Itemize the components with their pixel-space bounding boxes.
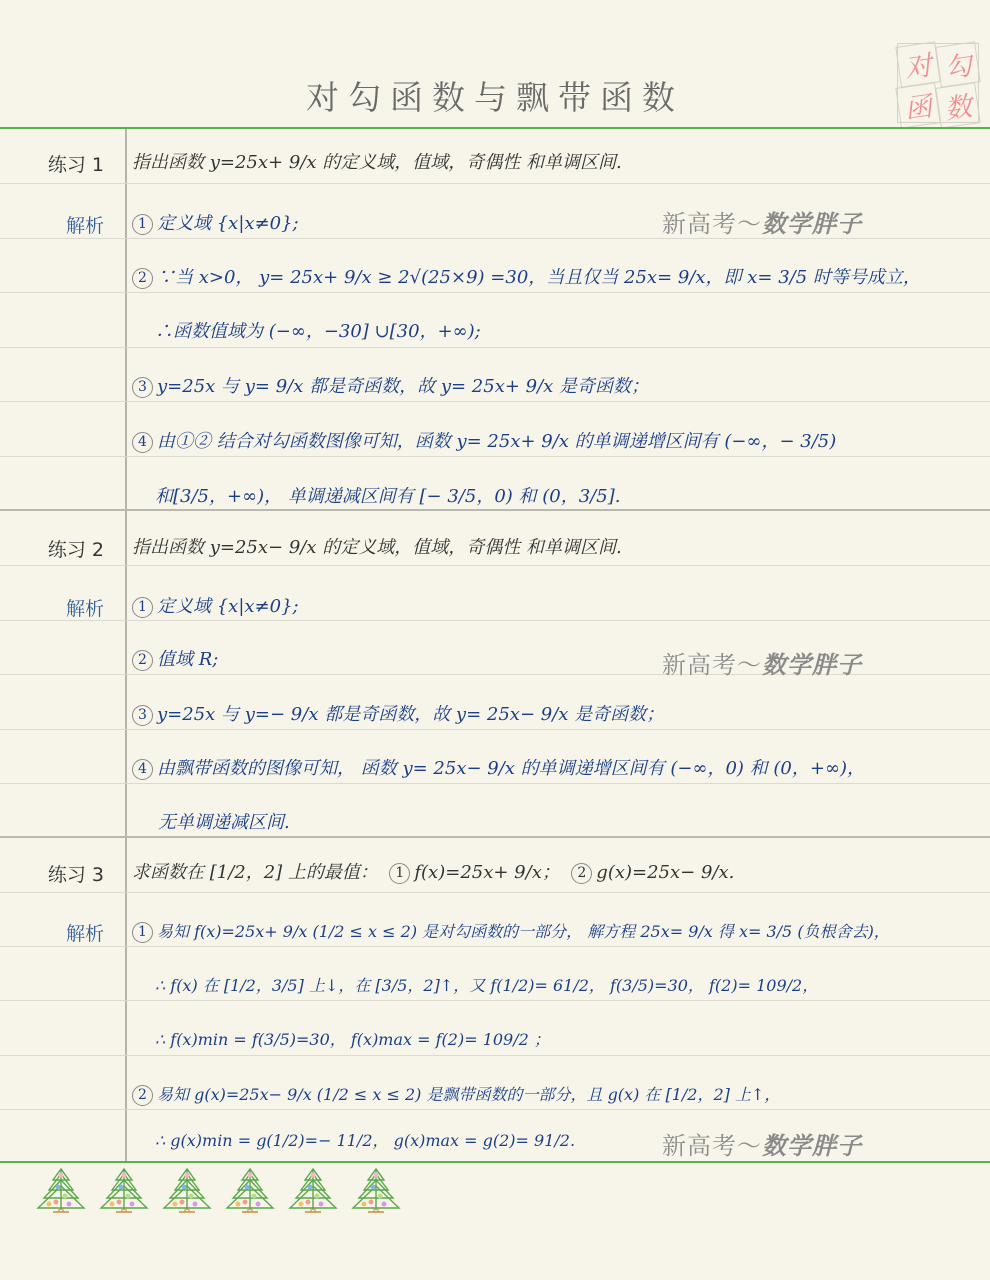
answer-row: 4由飘带函数的图像可知， 函数 y= 25x− 9/x 的单调递增区间有 (−∞…: [0, 742, 990, 796]
answer-line: 无单调递减区间.: [158, 796, 980, 850]
step-number-circle: 3: [132, 377, 153, 398]
exercise-label: 练习 1: [0, 150, 104, 177]
answer-line: 1易知 f(x)=25x+ 9/x (1/2 ≤ x ≤ 2) 是对勾函数的一部…: [132, 905, 980, 959]
exercise-3-row: 练习 3 求函数在 [1/2，2] 上的最值： 1f(x)=25x+ 9/x； …: [0, 846, 990, 900]
step-number-circle: 1: [132, 922, 153, 943]
exercise-label: 练习 3: [0, 860, 104, 887]
exercise-prompt: 指出函数 y=25x− 9/x 的定义域，值域，奇偶性 和单调区间.: [132, 521, 980, 575]
step-number-circle: 2: [571, 863, 592, 884]
christmas-tree-icon: [98, 1166, 150, 1214]
christmas-tree-icon: [35, 1166, 87, 1214]
answer-row: 3y=25x 与 y= 9/x 都是奇函数，故 y= 25x+ 9/x 是奇函数…: [0, 360, 990, 414]
page-title: 对勾函数与飘带函数: [0, 72, 990, 119]
christmas-tree-icon: [350, 1166, 402, 1214]
answer-line: 3y=25x 与 y=− 9/x 都是奇函数，故 y= 25x− 9/x 是奇函…: [132, 688, 980, 742]
step-number-circle: 3: [132, 705, 153, 726]
step-number-circle: 1: [132, 214, 153, 235]
analysis-row: 解析 1定义域 {x|x≠0};: [0, 580, 990, 634]
stamp-char: 对: [895, 41, 940, 87]
exercise-prompt: 指出函数 y=25x+ 9/x 的定义域，值域，奇偶性 和单调区间.: [132, 136, 980, 190]
answer-line: 3y=25x 与 y= 9/x 都是奇函数，故 y= 25x+ 9/x 是奇函数…: [132, 360, 980, 414]
answer-line: 2∵当 x>0， y= 25x+ 9/x ≥ 2√(25×9) =30，当且仅当…: [132, 251, 980, 305]
answer-line: ∴函数值域为 (−∞，−30] ∪[30，+∞);: [155, 305, 980, 359]
step-number-circle: 4: [132, 759, 153, 780]
answer-row: 3y=25x 与 y=− 9/x 都是奇函数，故 y= 25x− 9/x 是奇函…: [0, 688, 990, 742]
christmas-tree-icon: [224, 1166, 276, 1214]
answer-line: 1定义域 {x|x≠0};: [132, 580, 980, 634]
exercise-1-row: 练习 1 指出函数 y=25x+ 9/x 的定义域，值域，奇偶性 和单调区间.: [0, 136, 990, 190]
step-number-circle: 2: [132, 1085, 153, 1106]
christmas-tree-icon: [161, 1166, 213, 1214]
analysis-label: 解析: [0, 594, 104, 621]
answer-row: 2∵当 x>0， y= 25x+ 9/x ≥ 2√(25×9) =30，当且仅当…: [0, 251, 990, 305]
answer-row: ∴函数值域为 (−∞，−30] ∪[30，+∞);: [0, 305, 990, 359]
answer-row: 无单调递减区间.: [0, 796, 990, 850]
title-stamp: 对 勾 函 数: [897, 43, 979, 123]
stamp-char: 勾: [935, 41, 980, 87]
answer-line: 和[3/5，+∞)， 单调递减区间有 [− 3/5，0) 和 (0，3/5].: [155, 470, 980, 524]
answer-line: 4由飘带函数的图像可知， 函数 y= 25x− 9/x 的单调递增区间有 (−∞…: [132, 742, 980, 796]
step-number-circle: 1: [389, 863, 410, 884]
tree-decoration-row: [35, 1166, 402, 1214]
christmas-tree-icon: [287, 1166, 339, 1214]
watermark: 新高考～数学胖子: [662, 204, 862, 239]
answer-row: ∴ f(x)min = f(3/5)=30， f(x)max = f(2)= 1…: [0, 1013, 990, 1067]
exercise-2-row: 练习 2 指出函数 y=25x− 9/x 的定义域，值域，奇偶性 和单调区间.: [0, 521, 990, 575]
answer-row: 和[3/5，+∞)， 单调递减区间有 [− 3/5，0) 和 (0，3/5].: [0, 470, 990, 524]
answer-line: ∴ f(x)min = f(3/5)=30， f(x)max = f(2)= 1…: [155, 1013, 980, 1067]
answer-line: 4由①② 结合对勾函数图像可知，函数 y= 25x+ 9/x 的单调递增区间有 …: [132, 415, 980, 469]
top-green-rule: [0, 127, 990, 129]
watermark: 新高考～数学胖子: [662, 1126, 862, 1161]
exercise-label: 练习 2: [0, 535, 104, 562]
step-number-circle: 2: [132, 268, 153, 289]
answer-line: ∴ f(x) 在 [1/2，3/5] 上↓，在 [3/5，2]↑，又 f(1/2…: [155, 959, 980, 1013]
analysis-label: 解析: [0, 919, 104, 946]
step-number-circle: 4: [132, 432, 153, 453]
watermark: 新高考～数学胖子: [662, 645, 862, 680]
answer-row: ∴ f(x) 在 [1/2，3/5] 上↓，在 [3/5，2]↑，又 f(1/2…: [0, 959, 990, 1013]
analysis-row: 解析 1易知 f(x)=25x+ 9/x (1/2 ≤ x ≤ 2) 是对勾函数…: [0, 905, 990, 959]
notebook-page: 对勾函数与飘带函数 对 勾 函 数 练习 1 指出函数 y=25x+ 9/x 的…: [0, 0, 990, 1280]
step-number-circle: 1: [132, 597, 153, 618]
stamp-char: 函: [895, 82, 940, 128]
exercise-prompt: 求函数在 [1/2，2] 上的最值： 1f(x)=25x+ 9/x； 2g(x)…: [132, 846, 980, 900]
analysis-label: 解析: [0, 211, 104, 238]
stamp-char: 数: [935, 82, 980, 128]
answer-row: 4由①② 结合对勾函数图像可知，函数 y= 25x+ 9/x 的单调递增区间有 …: [0, 415, 990, 469]
step-number-circle: 2: [132, 650, 153, 671]
